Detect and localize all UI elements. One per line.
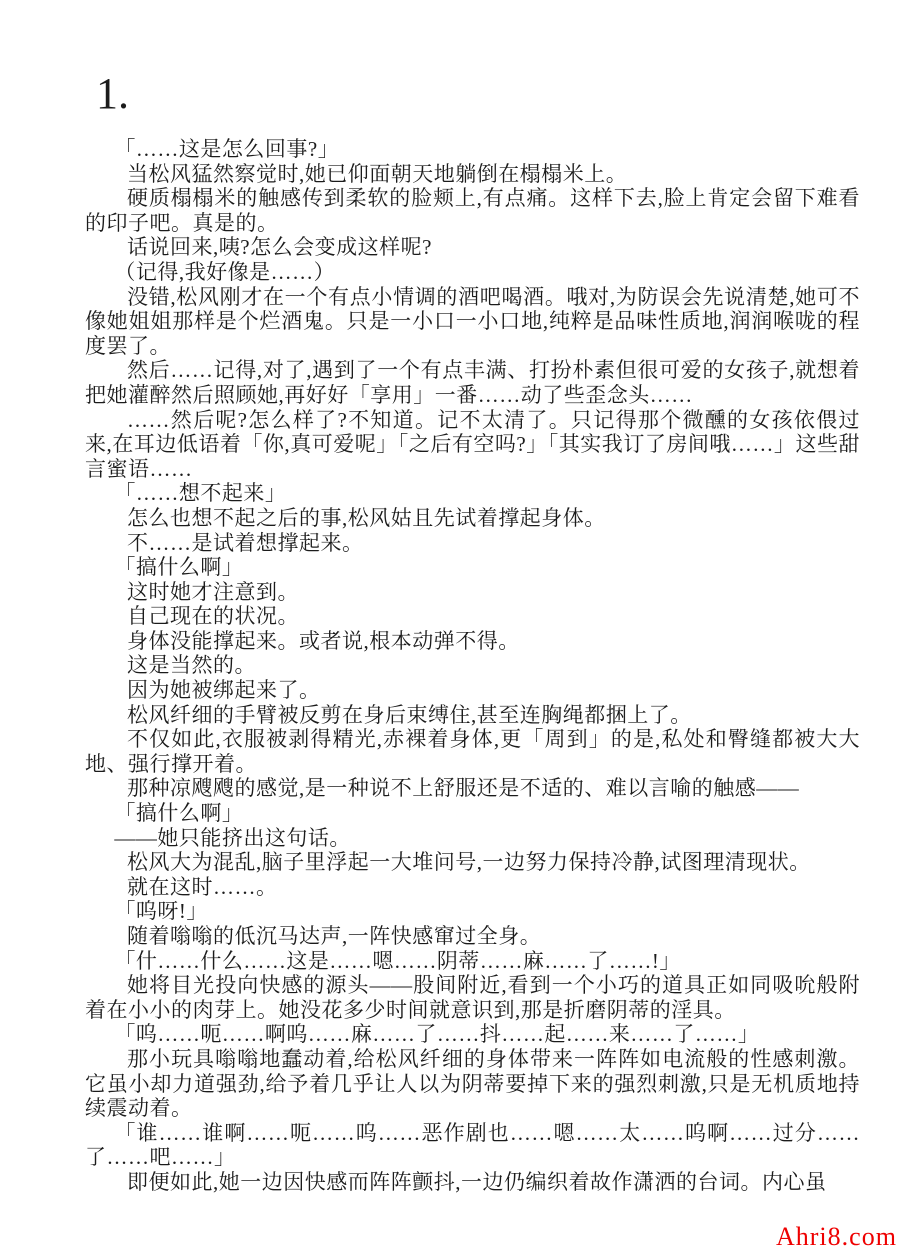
paragraph: 「呜呀!」 [85,899,860,924]
paragraph: 这时她才注意到。 [85,580,860,605]
paragraph: 身体没能撑起来。或者说,根本动弹不得。 [85,629,860,654]
paragraph: 硬质榻榻米的触感传到柔软的脸颊上,有点痛。这样下去,脸上肯定会留下难看的印子吧。… [85,186,860,235]
paragraph: 「呜……呃……啊呜……麻……了……抖……起……来……了……」 [85,1022,860,1047]
paragraph: 不……是试着想撑起来。 [85,531,860,556]
paragraph: 松风纤细的手臂被反剪在身后束缚住,甚至连胸绳都捆上了。 [85,703,860,728]
paragraph: ……然后呢?怎么样了?不知道。记不太清了。只记得那个微醺的女孩依偎过来,在耳边低… [85,408,860,482]
paragraph: 就在这时……。 [85,875,860,900]
chapter-number: 1. [96,72,129,116]
paragraph: 「搞什么啊」 [85,801,860,826]
body-text: 「……这是怎么回事?」当松风猛然察觉时,她已仰面朝天地躺倒在榻榻米上。硬质榻榻米… [85,137,860,1195]
paragraph: 随着嗡嗡的低沉马达声,一阵快感窜过全身。 [85,924,860,949]
paragraph: 不仅如此,衣服被剥得精光,赤裸着身体,更「周到」的是,私处和臀缝都被大大地、强行… [85,727,860,776]
paragraph: 当松风猛然察觉时,她已仰面朝天地躺倒在榻榻米上。 [85,162,860,187]
paragraph: 话说回来,咦?怎么会变成这样呢? [85,235,860,260]
paragraph: 「搞什么啊」 [85,555,860,580]
paragraph: 因为她被绑起来了。 [85,678,860,703]
paragraph: 那小玩具嗡嗡地蠢动着,给松风纤细的身体带来一阵阵如电流般的性感刺激。它虽小却力道… [85,1047,860,1121]
paragraph: 那种凉飕飕的感觉,是一种说不上舒服还是不适的、难以言喻的触感—— [85,776,860,801]
paragraph: 这是当然的。 [85,653,860,678]
paragraph: 「谁……谁啊……呃……呜……恶作剧也……嗯……太……呜啊……过分……了……吧……… [85,1121,860,1170]
watermark-text: Ahri8.com [776,1224,897,1250]
paragraph: 怎么也想不起之后的事,松风姑且先试着撑起身体。 [85,506,860,531]
paragraph: 然后……记得,对了,遇到了一个有点丰满、打扮朴素但很可爱的女孩子,就想着把她灌醉… [85,358,860,407]
paragraph: ——她只能挤出这句话。 [85,826,860,851]
paragraph: 没错,松风刚才在一个有点小情调的酒吧喝酒。哦对,为防误会先说清楚,她可不像她姐姐… [85,285,860,359]
document-page: 1. 「……这是怎么回事?」当松风猛然察觉时,她已仰面朝天地躺倒在榻榻米上。硬质… [0,0,900,1259]
paragraph: 自己现在的状况。 [85,604,860,629]
paragraph: 「……想不起来」 [85,481,860,506]
paragraph: 「……这是怎么回事?」 [85,137,860,162]
paragraph: 即便如此,她一边因快感而阵阵颤抖,一边仍编织着故作潇洒的台词。内心虽 [85,1170,860,1195]
paragraph: 「什……什么……这是……嗯……阴蒂……麻……了……!」 [85,949,860,974]
paragraph: 松风大为混乱,脑子里浮起一大堆问号,一边努力保持冷静,试图理清现状。 [85,850,860,875]
paragraph: （记得,我好像是……） [85,260,860,285]
paragraph: 她将目光投向快感的源头——股间附近,看到一个小巧的道具正如同吸吮般附着在小小的肉… [85,973,860,1022]
